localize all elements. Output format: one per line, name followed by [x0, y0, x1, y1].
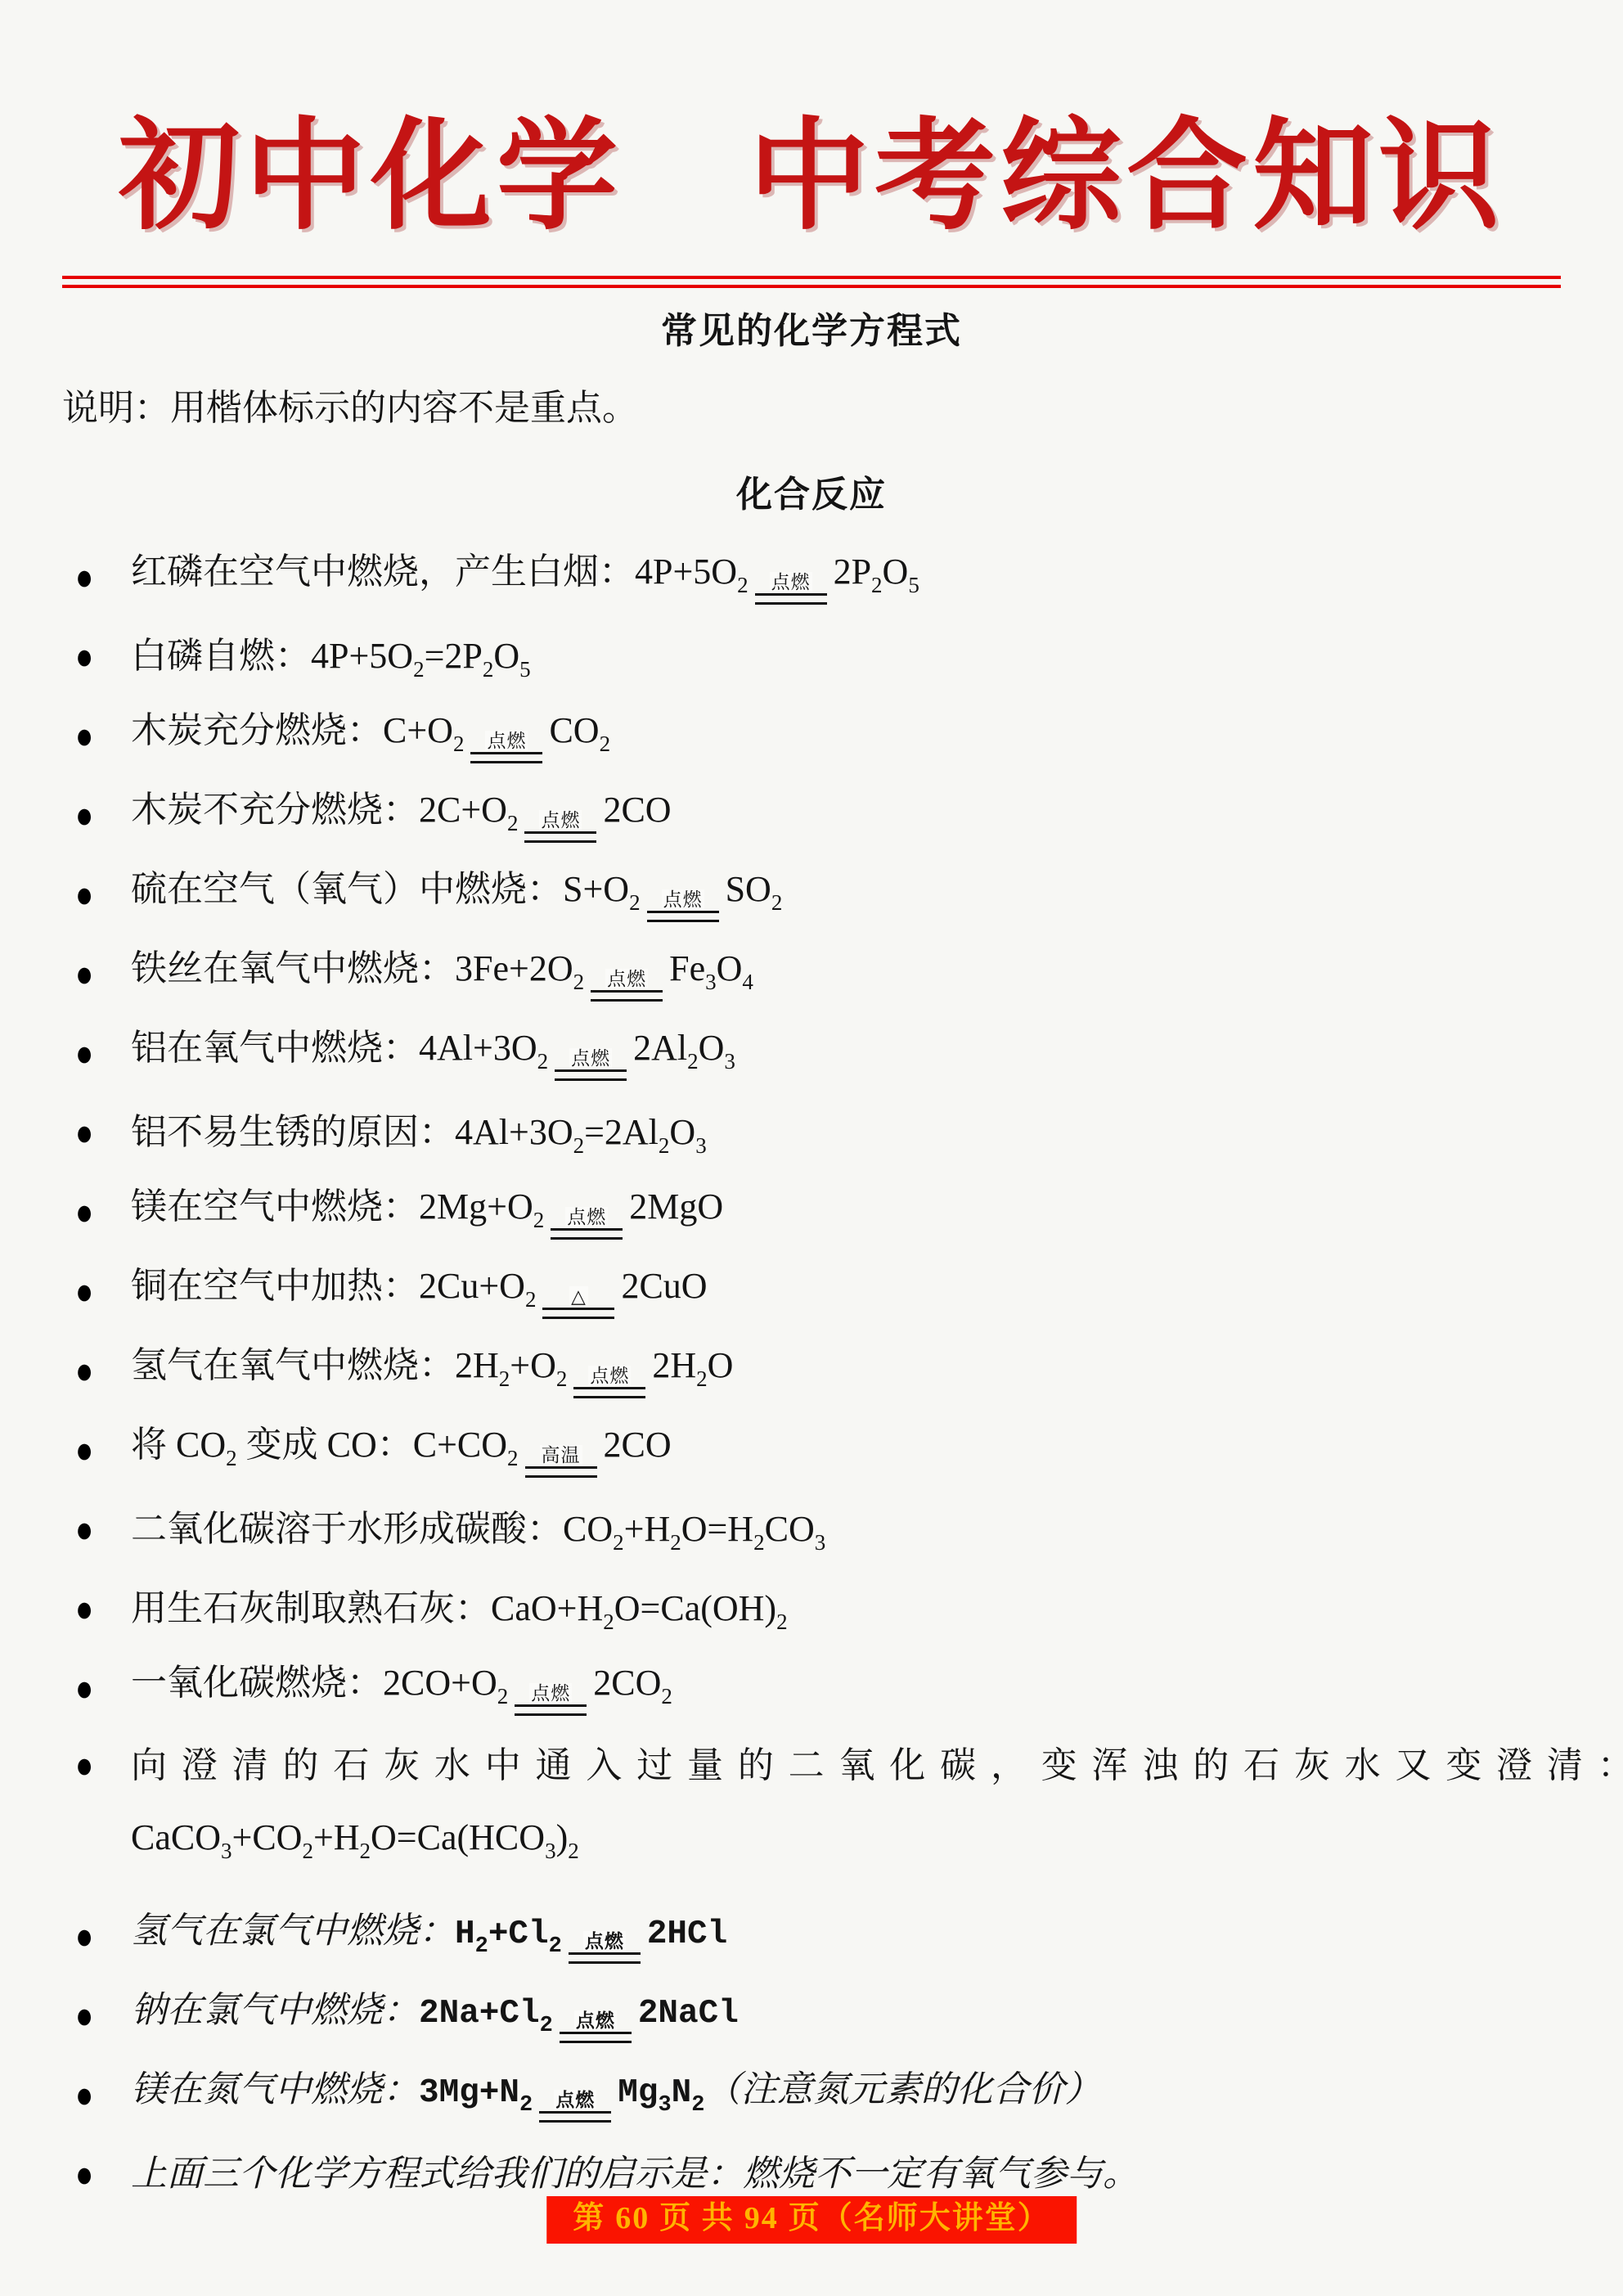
equation-item: ●一氧化碳燃烧：2CO+O2点燃2CO2: [75, 1648, 1566, 1727]
bullet-icon: ●: [75, 1272, 132, 1310]
subscript: 2: [661, 1684, 672, 1708]
equation-content: 上面三个化学方程式给我们的启示是：燃烧不一定有氧气参与。: [131, 2150, 1566, 2197]
double-line-equals: [569, 1952, 641, 1964]
equation-label: 向澄清的石灰水中通入过量的二氧化碳，变浑浊的石灰水又变澄清：: [131, 1742, 1566, 1789]
equation-content: 钠在氯气中燃烧：2Na+Cl2点燃2NaCl: [131, 1987, 1566, 2043]
footer-middle: 页 共: [659, 2201, 735, 2235]
equation-formula: H2+Cl2点燃2HCl: [455, 1916, 727, 1953]
reaction-condition: 高温: [525, 1445, 597, 1478]
subscript: 4: [742, 970, 753, 994]
condition-label: 高温: [540, 1445, 582, 1465]
equation-formula: 3Mg+N2点燃Mg3N2: [419, 2074, 704, 2112]
bullet-icon: ●: [75, 1193, 132, 1231]
subscript: 5: [908, 573, 919, 597]
equation-item: ●红磷在空气中燃烧，产生白烟：4P+5O2点燃2P2O5: [75, 537, 1566, 616]
reaction-condition: 点燃: [569, 1931, 641, 1964]
subscript: 2: [413, 657, 425, 682]
equation-item: ●将 CO2 变成 CO：C+CO2高温2CO: [75, 1410, 1566, 1489]
subscript: 2: [771, 890, 783, 915]
page-footer: 第60页 共94页（名师大讲堂）: [546, 2196, 1077, 2244]
subscript: 2: [540, 2014, 553, 2038]
subscript: 2: [483, 657, 494, 682]
equation-content: 镁在氮气中燃烧：3Mg+N2点燃Mg3N2（注意氮元素的化合价）: [131, 2066, 1566, 2123]
subscript: 2: [497, 1684, 509, 1708]
equation-content: 铁丝在氧气中燃烧：3Fe+2O2点燃Fe3O4: [131, 945, 1566, 1002]
reaction-condition: 点燃: [555, 1048, 627, 1081]
bullet-icon: ●: [75, 1114, 132, 1151]
equation-content: 红磷在空气中燃烧，产生白烟：4P+5O2点燃2P2O5: [131, 548, 1566, 605]
equation-content: 氢气在氯气中燃烧：H2+Cl2点燃2HCl: [131, 1907, 1566, 1964]
bullet-icon: ●: [75, 955, 132, 993]
subscript: 3: [724, 1049, 735, 1074]
footer-prefix: 第: [573, 2201, 605, 2235]
subscript: 2: [549, 1934, 562, 1959]
double-line-equals: [515, 1704, 587, 1716]
subscript: 2: [499, 1366, 510, 1391]
subscript: 2: [453, 732, 465, 756]
double-line-equals: [591, 990, 663, 1002]
reaction-condition: △: [542, 1286, 614, 1319]
condition-label: 点燃: [605, 969, 648, 988]
subscript: 2: [475, 1934, 488, 1959]
subscript: 3: [221, 1839, 232, 1863]
equation-item: ●镁在空气中燃烧：2Mg+O2点燃2MgO: [75, 1172, 1566, 1251]
bullet-icon: ●: [75, 1997, 132, 2034]
equation-content: 镁在空气中燃烧：2Mg+O2点燃2MgO: [131, 1183, 1566, 1240]
condition-label: 点燃: [485, 731, 528, 750]
equation-label: 木炭充分燃烧：: [131, 710, 383, 750]
subscript: 2: [696, 1366, 708, 1391]
subscript: 2: [603, 1609, 614, 1634]
bullet-icon: ●: [75, 1034, 132, 1072]
equation-label: 铝不易生锈的原因：: [131, 1112, 455, 1152]
equation-label: 二氧化碳溶于水形成碳酸：: [131, 1509, 563, 1549]
equation-content: 白磷自燃：4P+5O2=2P2O5: [131, 633, 1566, 679]
subscript: 2: [753, 1530, 765, 1555]
subscript: 5: [519, 657, 531, 682]
subscript: 2: [776, 1609, 788, 1634]
subscript: 2: [226, 1446, 237, 1470]
bullet-icon: ●: [75, 1510, 132, 1548]
double-line-equals: [524, 831, 596, 843]
equation-formula: 2Cu+O2△2CuO: [419, 1266, 708, 1306]
equation-label: 用生石灰制取熟石灰：: [131, 1588, 491, 1628]
subscript: 2: [573, 1133, 585, 1158]
reaction-condition: 点燃: [470, 731, 542, 763]
subscript: 2: [687, 1049, 699, 1074]
equation-item: ●木炭充分燃烧：C+O2点燃CO2: [75, 696, 1566, 775]
equation-formula: S+O2点燃SO2: [563, 869, 782, 909]
subscript: 2: [525, 1287, 537, 1312]
equation-formula: CaCO3+CO2+H2O=Ca(HCO3)2: [131, 1814, 1566, 1861]
double-line-equals: [755, 593, 827, 605]
equation-label: 铜在空气中加热：: [131, 1266, 419, 1306]
reaction-condition: 点燃: [551, 1207, 623, 1240]
equation-item: ●氢气在氧气中燃烧：2H2+O2点燃2H2O: [75, 1330, 1566, 1410]
double-line-equals: [525, 1466, 597, 1478]
equation-formula: 2Na+Cl2点燃2NaCl: [419, 1995, 739, 2033]
bullet-icon: ●: [75, 796, 132, 834]
equation-formula: 2C+O2点燃2CO: [419, 790, 672, 830]
reaction-condition: 点燃: [647, 889, 719, 922]
equation-formula: C+O2点燃CO2: [383, 710, 610, 750]
bullet-icon: ●: [75, 1590, 132, 1627]
equation-item: ●镁在氮气中燃烧：3Mg+N2点燃Mg3N2（注意氮元素的化合价）: [75, 2055, 1566, 2134]
subscript: 2: [659, 1133, 670, 1158]
double-line-equals: [555, 1069, 627, 1081]
footer-total-pages: 94: [744, 2201, 779, 2235]
subscript: 2: [507, 811, 519, 835]
bullet-icon: ●: [75, 1746, 132, 1784]
subscript: 3: [545, 1839, 556, 1863]
reaction-condition: 点燃: [539, 2090, 611, 2123]
condition-label: 点燃: [565, 1207, 608, 1227]
subscript: 2: [737, 573, 749, 597]
bullet-icon: ●: [75, 717, 132, 754]
equation-label: 镁在空气中燃烧：: [131, 1186, 419, 1227]
equation-label: 氢气在氯气中燃烧：: [131, 1911, 455, 1951]
equation-item: ●铝不易生锈的原因：4Al+3O2=2Al2O3: [75, 1092, 1566, 1172]
equation-label: 上面三个化学方程式给我们的启示是：燃烧不一定有氧气参与。: [131, 2154, 1139, 2194]
subscript: 2: [507, 1446, 519, 1470]
condition-label: 点燃: [583, 1931, 626, 1951]
equation-label: 硫在空气（氧气）中燃烧：: [131, 869, 563, 909]
subscript: 3: [695, 1133, 707, 1158]
subscript: 2: [871, 573, 883, 597]
note-text: 说明：用楷体标示的内容不是重点。: [62, 378, 1623, 430]
equation-item: ●铝在氧气中燃烧：4Al+3O2点燃2Al2O3: [75, 1013, 1566, 1092]
subscript: 2: [691, 2093, 704, 2118]
equation-content: 向澄清的石灰水中通入过量的二氧化碳，变浑浊的石灰水又变澄清：CaCO3+CO2+…: [131, 1742, 1566, 1860]
equation-label: 镁在氮气中燃烧：: [131, 2069, 419, 2109]
double-line-equals: [647, 911, 719, 922]
subscript: 2: [568, 1839, 579, 1863]
equation-content: 一氧化碳燃烧：2CO+O2点燃2CO2: [131, 1659, 1566, 1716]
bullet-icon: ●: [75, 2076, 132, 2114]
subsection-heading: 化合反应: [0, 465, 1623, 517]
condition-label: 点燃: [554, 2090, 596, 2109]
equation-content: 硫在空气（氧气）中燃烧：S+O2点燃SO2: [131, 866, 1566, 922]
subscript: 2: [533, 1208, 545, 1232]
subscript: 3: [658, 2093, 671, 2118]
bullet-icon: ●: [75, 558, 132, 596]
footer-page-number: 60: [615, 2201, 650, 2235]
equation-formula: CaO+H2O=Ca(OH)2: [491, 1588, 788, 1628]
subscript: 2: [629, 890, 641, 915]
subscript: 3: [815, 1530, 826, 1555]
condition-label: 点燃: [569, 1048, 612, 1068]
subscript: 2: [613, 1530, 624, 1555]
equation-formula: 4P+5O2=2P2O5: [311, 636, 531, 676]
equation-label: 铝在氧气中燃烧：: [131, 1028, 419, 1068]
condition-label: 点燃: [539, 810, 582, 830]
equation-formula: 4Al+3O2点燃2Al2O3: [419, 1028, 735, 1068]
subscript: 2: [360, 1839, 371, 1863]
subscript: 2: [537, 1049, 549, 1074]
equation-content: 用生石灰制取熟石灰：CaO+H2O=Ca(OH)2: [131, 1585, 1566, 1632]
double-line-equals: [560, 2032, 632, 2043]
equation-formula: 4Al+3O2=2Al2O3: [455, 1112, 707, 1152]
equation-item: ●二氧化碳溶于水形成碳酸：CO2+H2O=H2CO3: [75, 1489, 1566, 1569]
subscript: 2: [573, 970, 585, 994]
equation-label: 氢气在氧气中燃烧：: [131, 1345, 455, 1385]
footer-suffix: 页（名师大讲堂）: [789, 2201, 1050, 2235]
reaction-condition: 点燃: [515, 1683, 587, 1716]
equation-label: 一氧化碳燃烧：: [131, 1663, 383, 1703]
subscript: 3: [705, 970, 717, 994]
equation-label: 钠在氯气中燃烧：: [131, 1990, 419, 2030]
double-line-equals: [551, 1228, 623, 1240]
subscript: 2: [670, 1530, 681, 1555]
section-heading: 常见的化学方程式: [0, 301, 1623, 353]
equation-formula: CO2+H2O=H2CO3: [563, 1509, 825, 1549]
equation-label: 将 CO2 变成 CO：: [131, 1425, 413, 1465]
equation-item: ●硫在空气（氧气）中燃烧：S+O2点燃SO2: [75, 854, 1566, 934]
equation-item: ●铜在空气中加热：2Cu+O2△2CuO: [75, 1251, 1566, 1330]
double-line-equals: [539, 2111, 611, 2123]
page-title: 初中化学 中考综合知识: [0, 0, 1623, 256]
equation-formula: 4P+5O2点燃2P2O5: [635, 551, 919, 592]
condition-label: 点燃: [574, 2010, 617, 2030]
double-line-equals: [542, 1308, 614, 1319]
condition-label: 点燃: [662, 889, 704, 909]
equation-item: ●白磷自燃：4P+5O2=2P2O5: [75, 616, 1566, 696]
subscript: 2: [600, 732, 611, 756]
condition-label: 点燃: [529, 1683, 572, 1703]
equation-formula: 2CO+O2点燃2CO2: [383, 1663, 672, 1703]
equation-item: ●用生石灰制取熟石灰：CaO+H2O=Ca(OH)2: [75, 1569, 1566, 1648]
bullet-icon: ●: [75, 1669, 132, 1707]
equation-item: ●钠在氯气中燃烧：2Na+Cl2点燃2NaCl: [75, 1975, 1566, 2055]
condition-label: △: [569, 1286, 588, 1306]
subscript: 2: [519, 2093, 533, 2118]
bullet-icon: ●: [75, 876, 132, 913]
double-line-equals: [470, 752, 542, 763]
equation-item: ●木炭不充分燃烧：2C+O2点燃2CO: [75, 775, 1566, 854]
document-page: 初中化学 中考综合知识 常见的化学方程式 说明：用楷体标示的内容不是重点。 化合…: [0, 0, 1623, 2296]
subscript: 2: [556, 1366, 568, 1391]
equation-formula: C+CO2高温2CO: [413, 1425, 672, 1465]
bullet-icon: ●: [75, 637, 132, 675]
equation-item: ●铁丝在氧气中燃烧：3Fe+2O2点燃Fe3O4: [75, 934, 1566, 1013]
condition-label: 点燃: [588, 1366, 631, 1385]
bullet-icon: ●: [75, 1352, 132, 1389]
equation-label: 红磷在空气中燃烧，产生白烟：: [131, 551, 635, 592]
equation-content: 氢气在氧气中燃烧：2H2+O2点燃2H2O: [131, 1342, 1566, 1398]
reaction-condition: 点燃: [524, 810, 596, 843]
double-line-equals: [573, 1387, 645, 1398]
equation-content: 二氧化碳溶于水形成碳酸：CO2+H2O=H2CO3: [131, 1506, 1566, 1552]
equation-note: （注意氮元素的化合价）: [704, 2069, 1100, 2109]
equation-list: ●红磷在空气中燃烧，产生白烟：4P+5O2点燃2P2O5●白磷自燃：4P+5O2…: [75, 537, 1566, 2213]
subscript: 2: [302, 1839, 313, 1863]
equation-label: 白磷自燃：: [131, 636, 311, 676]
equation-content: 木炭充分燃烧：C+O2点燃CO2: [131, 707, 1566, 763]
equation-formula: 2Mg+O2点燃2MgO: [419, 1186, 723, 1227]
equation-label: 木炭不充分燃烧：: [131, 790, 419, 830]
equation-content: 铝在氧气中燃烧：4Al+3O2点燃2Al2O3: [131, 1024, 1566, 1081]
equation-item: ●向澄清的石灰水中通入过量的二氧化碳，变浑浊的石灰水又变澄清：CaCO3+CO2…: [75, 1727, 1566, 1896]
equation-content: 木炭不充分燃烧：2C+O2点燃2CO: [131, 786, 1566, 843]
bullet-icon: ●: [75, 1917, 132, 1955]
reaction-condition: 点燃: [591, 969, 663, 1002]
title-divider-double-rule: [62, 276, 1561, 288]
reaction-condition: 点燃: [560, 2010, 632, 2043]
reaction-condition: 点燃: [755, 572, 827, 605]
reaction-condition: 点燃: [573, 1366, 645, 1398]
equation-formula: 3Fe+2O2点燃Fe3O4: [455, 948, 753, 988]
equation-formula: 2H2+O2点燃2H2O: [455, 1345, 733, 1385]
equation-content: 将 CO2 变成 CO：C+CO2高温2CO: [131, 1421, 1566, 1478]
equation-item: ●氢气在氯气中燃烧：H2+Cl2点燃2HCl: [75, 1896, 1566, 1975]
equation-content: 铜在空气中加热：2Cu+O2△2CuO: [131, 1263, 1566, 1319]
condition-label: 点燃: [770, 572, 812, 592]
equation-label: 铁丝在氧气中燃烧：: [131, 948, 455, 988]
bullet-icon: ●: [75, 1431, 132, 1469]
bullet-icon: ●: [75, 2155, 132, 2193]
equation-content: 铝不易生锈的原因：4Al+3O2=2Al2O3: [131, 1109, 1566, 1155]
